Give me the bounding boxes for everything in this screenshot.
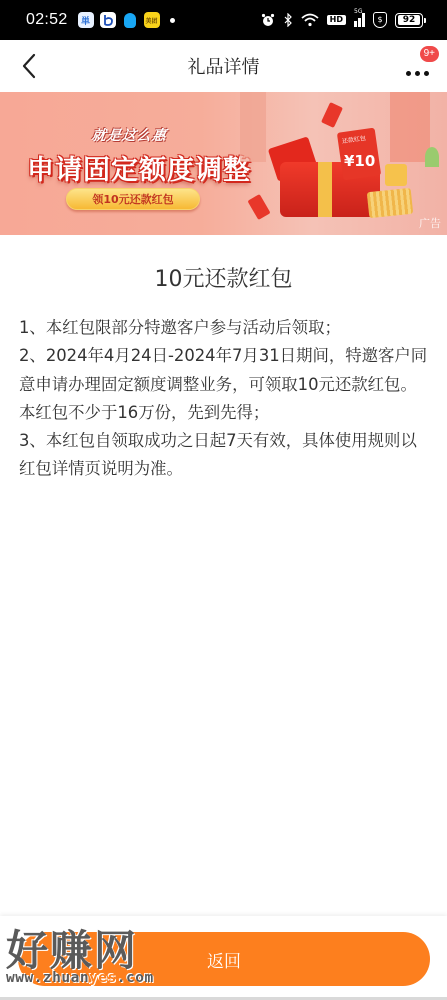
notification-badge: 9+ xyxy=(420,46,439,62)
more-dots-icon xyxy=(406,71,429,76)
battery-icon: 92 xyxy=(395,13,423,28)
banner-headline: 申请固定额度调整 xyxy=(27,148,251,187)
envelope-label: 还款红包 xyxy=(341,133,366,145)
baidu-app-icon xyxy=(100,12,116,28)
status-bar: 02:52 単 美团 HD 5G $ 92 xyxy=(0,0,447,40)
return-button[interactable]: 返回 xyxy=(18,932,430,986)
rule-item: 2、2024年4月24日-2024年7月31日期间，特邀客户同意申请办理固定额度… xyxy=(19,342,431,427)
qq-app-icon xyxy=(122,12,138,28)
navigation-bar: 礼品详情 9+ xyxy=(0,40,447,92)
security-shield-icon: $ xyxy=(373,12,387,28)
network-type: 5G xyxy=(354,9,362,15)
gift-title: 10元还款红包 xyxy=(0,262,447,293)
return-button-label: 返回 xyxy=(207,947,241,972)
ad-label: 广告 xyxy=(419,215,441,231)
more-menu-button[interactable]: 9+ xyxy=(403,48,433,82)
gift-box-illustration: 还款红包 ¥10 xyxy=(240,92,447,235)
status-icons: HD 5G $ 92 xyxy=(261,12,423,28)
rule-item: 1、本红包限部分特邀客户参与活动后领取； xyxy=(19,314,431,342)
status-time: 02:52 xyxy=(26,11,68,29)
calendar-app-icon: 単 xyxy=(78,12,94,28)
banner-pill: 领10元还款红包 xyxy=(66,188,200,210)
chevron-left-icon xyxy=(21,53,37,79)
back-button[interactable] xyxy=(14,50,44,82)
wifi-icon xyxy=(301,13,319,27)
alarm-icon xyxy=(261,13,275,27)
signal-icon: 5G xyxy=(354,13,365,27)
bluetooth-icon xyxy=(283,13,293,27)
gift-rules: 1、本红包限部分特邀客户参与活动后领取； 2、2024年4月24日-2024年7… xyxy=(19,314,431,484)
rule-item: 3、本红包自领取成功之日起7天有效，具体使用规则以红包详情页说明为准。 xyxy=(19,427,431,484)
page-title: 礼品详情 xyxy=(188,53,260,79)
banner-slogan: 就是这么惠 xyxy=(91,125,169,145)
hd-voice-icon: HD xyxy=(327,15,346,25)
more-notifications-dot xyxy=(170,18,175,23)
promo-banner[interactable]: 就是这么惠 申请固定额度调整 领10元还款红包 还款红包 ¥10 广告 xyxy=(0,92,447,235)
battery-level: 92 xyxy=(398,15,420,25)
envelope-amount: ¥10 xyxy=(344,152,375,170)
meituan-app-icon: 美团 xyxy=(144,12,160,28)
